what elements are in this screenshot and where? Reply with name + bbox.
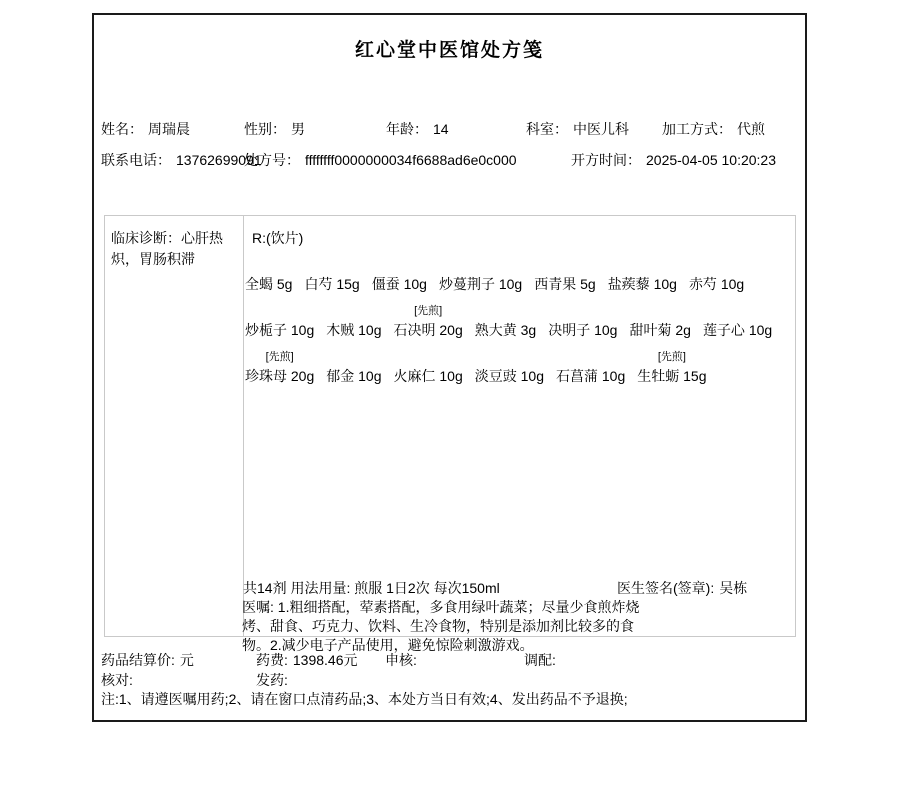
footer-note: 注:1、请遵医嘱用药;2、请在窗口点清药品;3、本处方当日有效;4、发出药品不予… <box>101 689 628 709</box>
herb-item: [先煎]石决明 20g <box>394 303 463 340</box>
settlement-price-field: 药品结算价:元 <box>101 650 194 670</box>
patient-name-field: 姓名：周瑞晨 <box>101 119 190 139</box>
herb-item: 全蝎 5g <box>245 257 292 294</box>
herb-note-empty <box>629 303 690 320</box>
medical-advice-label: 医嘱: <box>242 599 274 615</box>
prepare-label: 调配: <box>524 652 556 668</box>
patient-gender-value: 男 <box>291 121 305 137</box>
usage-line: 共14剂 用法用量: 煎服 1日2次 每次150ml 医生签名(签章):吴栋 <box>243 578 796 598</box>
herb-item: 炒栀子 10g <box>245 303 314 340</box>
herb-item: 白芍 15g <box>304 257 359 294</box>
issue-time-value: 2025-04-05 10:20:23 <box>646 152 776 168</box>
review-field: 申核: <box>385 650 422 670</box>
herb-name-dose: 淡豆豉 10g <box>475 366 544 386</box>
dispense-label: 发药: <box>256 672 288 688</box>
patient-age-field: 年龄：14 <box>386 119 449 139</box>
check-field: 核对: <box>101 670 138 690</box>
herb-row: 全蝎 5g 白芍 15g 僵蚕 10g 炒蔓荆子 10g 西青果 5g 盐蒺藜 … <box>245 257 784 294</box>
medical-advice: 医嘱: 1.粗细搭配，荤素搭配，多食用绿叶蔬菜；尽量少食煎炸烧烤、甜食、巧克力、… <box>242 598 656 655</box>
processing-method-label: 加工方式： <box>662 121 732 137</box>
herb-note-empty <box>304 257 359 274</box>
check-label: 核对: <box>101 672 133 688</box>
herb-note-empty <box>326 303 381 320</box>
review-label: 申核: <box>385 652 417 668</box>
herb-note-empty <box>534 257 595 274</box>
herb-note-empty <box>245 257 292 274</box>
herb-name-dose: 生牡蛎 15g <box>637 366 706 386</box>
herb-name-dose: 炒栀子 10g <box>245 320 314 340</box>
patient-age-label: 年龄： <box>386 121 428 137</box>
herb-item: 决明子 10g <box>548 303 617 340</box>
prescription-table: 临床诊断：心肝热炽，胃肠积滞 R:(饮片) 全蝎 5g 白芍 15g 僵蚕 10… <box>104 215 796 637</box>
herb-name-dose: 石决明 20g <box>394 320 463 340</box>
herb-row: [先煎]珍珠母 20g 郁金 10g 火麻仁 10g 淡豆豉 10g 石菖蒲 1… <box>245 349 784 386</box>
herb-item: 熟大黄 3g <box>475 303 536 340</box>
herb-item: 盐蒺藜 10g <box>608 257 677 294</box>
herb-item: 石菖蒲 10g <box>556 349 625 386</box>
page-title: 红心堂中医馆处方笺 <box>94 35 805 62</box>
prepare-field: 调配: <box>524 650 561 670</box>
herb-note-empty <box>703 303 772 320</box>
rx-number-field: 处方号：ffffffff0000000034f6688ad6e0c000 <box>244 150 517 170</box>
herb-item: 木贼 10g <box>326 303 381 340</box>
herb-item: 西青果 5g <box>534 257 595 294</box>
herb-row: 炒栀子 10g 木贼 10g[先煎]石决明 20g 熟大黄 3g 决明子 10g… <box>245 303 784 340</box>
herb-item: 赤芍 10g <box>689 257 744 294</box>
issue-time-field: 开方时间：2025-04-05 10:20:23 <box>571 150 776 170</box>
patient-age-value: 14 <box>433 121 449 137</box>
processing-method-value: 代煎 <box>737 121 765 137</box>
herb-name-dose: 莲子心 10g <box>703 320 772 340</box>
herb-item: 淡豆豉 10g <box>475 349 544 386</box>
herb-decoct-first-note: [先煎] <box>394 303 463 320</box>
dispense-field: 发药: <box>256 670 293 690</box>
herb-note-empty <box>439 257 522 274</box>
settlement-price-label: 药品结算价: <box>101 652 175 668</box>
herb-note-empty <box>372 257 427 274</box>
herb-name-dose: 火麻仁 10g <box>394 366 463 386</box>
patient-name-label: 姓名： <box>101 121 143 137</box>
herb-note-empty <box>689 257 744 274</box>
patient-department-label: 科室： <box>526 121 568 137</box>
fee-value: 1398.46元 <box>293 652 358 668</box>
herb-item: 甜叶菊 2g <box>629 303 690 340</box>
issue-time-label: 开方时间： <box>571 152 641 168</box>
herb-name-dose: 郁金 10g <box>326 366 381 386</box>
herb-name-dose: 炒蔓荆子 10g <box>439 274 522 294</box>
rx-number-label: 处方号： <box>244 152 300 168</box>
medical-advice-text: 1.粗细搭配，荤素搭配，多食用绿叶蔬菜；尽量少食煎炸烧烤、甜食、巧克力、饮料、生… <box>242 599 639 653</box>
prescription-sheet: 红心堂中医馆处方笺 姓名：周瑞晨 性别：男 年龄：14 科室：中医儿科 加工方式… <box>92 13 807 722</box>
settlement-price-value: 元 <box>180 652 194 668</box>
fee-field: 药费:1398.46元 <box>256 650 358 670</box>
diagnosis-label: 临床诊断： <box>111 230 181 246</box>
herb-name-dose: 木贼 10g <box>326 320 381 340</box>
herb-decoct-first-note: [先煎] <box>637 349 706 366</box>
herb-name-dose: 甜叶菊 2g <box>629 320 690 340</box>
usage-text: 共14剂 用法用量: 煎服 1日2次 每次150ml <box>243 580 500 596</box>
herb-name-dose: 石菖蒲 10g <box>556 366 625 386</box>
herb-name-dose: 僵蚕 10g <box>372 274 427 294</box>
phone-field: 联系电话：13762699091 <box>101 150 262 170</box>
rx-header: R:(饮片) <box>252 228 784 248</box>
rx-number-value: ffffffff0000000034f6688ad6e0c000 <box>305 152 517 168</box>
herb-name-dose: 西青果 5g <box>534 274 595 294</box>
herb-name-dose: 盐蒺藜 10g <box>608 274 677 294</box>
patient-department-field: 科室：中医儿科 <box>526 119 629 139</box>
herb-note-empty <box>475 303 536 320</box>
phone-label: 联系电话： <box>101 152 171 168</box>
patient-gender-field: 性别：男 <box>244 119 305 139</box>
herb-name-dose: 全蝎 5g <box>245 274 292 294</box>
herb-item: [先煎]珍珠母 20g <box>245 349 314 386</box>
herb-note-empty <box>394 349 463 366</box>
herb-name-dose: 熟大黄 3g <box>475 320 536 340</box>
herb-note-empty <box>556 349 625 366</box>
processing-method-field: 加工方式：代煎 <box>662 119 765 139</box>
herb-decoct-first-note: [先煎] <box>245 349 314 366</box>
herb-item: 郁金 10g <box>326 349 381 386</box>
herb-item: 火麻仁 10g <box>394 349 463 386</box>
herb-name-dose: 白芍 15g <box>304 274 359 294</box>
doctor-signature-label: 医生签名(签章): <box>617 580 714 596</box>
patient-name-value: 周瑞晨 <box>148 121 190 137</box>
herb-item: 莲子心 10g <box>703 303 772 340</box>
herb-note-empty <box>475 349 544 366</box>
herb-name-dose: 赤芍 10g <box>689 274 744 294</box>
herb-item: [先煎]生牡蛎 15g <box>637 349 706 386</box>
doctor-signature-field: 医生签名(签章):吴栋 <box>617 578 747 598</box>
doctor-signature-value: 吴栋 <box>719 580 747 596</box>
herb-note-empty <box>608 257 677 274</box>
herb-note-empty <box>326 349 381 366</box>
herb-name-dose: 珍珠母 20g <box>245 366 314 386</box>
herb-note-empty <box>548 303 617 320</box>
herb-rows: 全蝎 5g 白芍 15g 僵蚕 10g 炒蔓荆子 10g 西青果 5g 盐蒺藜 … <box>245 257 784 386</box>
patient-department-value: 中医儿科 <box>573 121 629 137</box>
herb-name-dose: 决明子 10g <box>548 320 617 340</box>
patient-gender-label: 性别： <box>244 121 286 137</box>
herb-note-empty <box>245 303 314 320</box>
herb-item: 炒蔓荆子 10g <box>439 257 522 294</box>
prescription-content: R:(饮片) 全蝎 5g 白芍 15g 僵蚕 10g 炒蔓荆子 10g 西青果 … <box>245 228 784 386</box>
herb-item: 僵蚕 10g <box>372 257 427 294</box>
diagnosis-cell: 临床诊断：心肝热炽，胃肠积滞 <box>105 216 244 636</box>
fee-label: 药费: <box>256 652 288 668</box>
